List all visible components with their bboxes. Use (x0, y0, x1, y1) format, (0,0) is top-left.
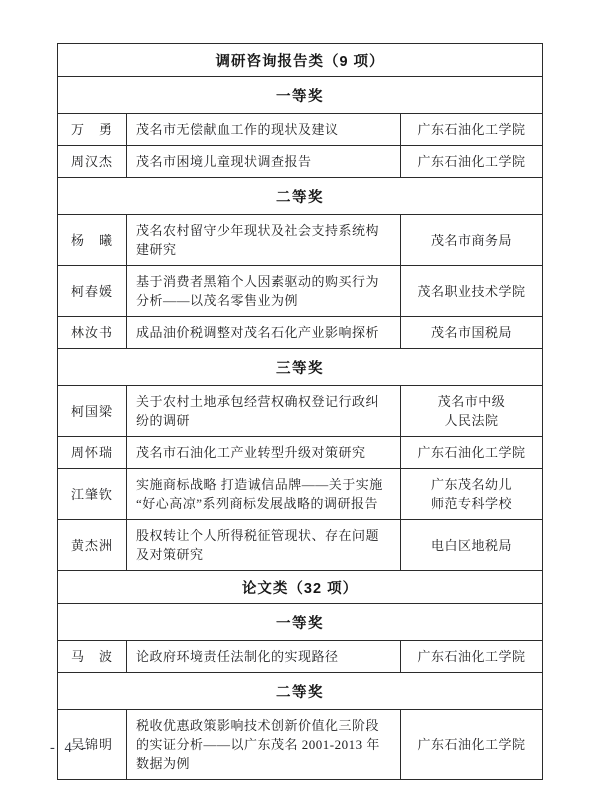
title-cell: 实施商标战略 打造诚信品牌——关于实施 “好心高凉”系列商标发展战略的调研报告 (127, 469, 401, 520)
org-cell: 广东石油化工学院 (401, 710, 543, 780)
table-row: 柯国梁关于农村土地承包经营权确权登记行政纠 纷的调研茂名市中级 人民法院 (58, 386, 543, 437)
name-cell: 黄杰洲 (58, 520, 127, 571)
award-table-body: 调研咨询报告类（9 项）一等奖万 勇茂名市无偿献血工作的现状及建议广东石油化工学… (58, 44, 543, 780)
name-cell: 周汉杰 (58, 146, 127, 178)
table-row: 马 波论政府环境责任法制化的实现路径广东石油化工学院 (58, 641, 543, 673)
org-cell: 电白区地税局 (401, 520, 543, 571)
prize-row: 二等奖 (58, 673, 543, 710)
name-cell: 马 波 (58, 641, 127, 673)
table-row: 黄杰洲股权转让个人所得税征管现状、存在问题 及对策研究电白区地税局 (58, 520, 543, 571)
prize-header: 一等奖 (58, 604, 543, 641)
org-cell: 广东茂名幼儿 师范专科学校 (401, 469, 543, 520)
prize-row: 三等奖 (58, 349, 543, 386)
org-cell: 茂名市中级 人民法院 (401, 386, 543, 437)
prize-header: 二等奖 (58, 178, 543, 215)
page-number: - 4 - (50, 740, 89, 757)
table-row: 周汉杰茂名市困境儿童现状调查报告广东石油化工学院 (58, 146, 543, 178)
category-header: 调研咨询报告类（9 项） (58, 44, 543, 77)
title-cell: 论政府环境责任法制化的实现路径 (127, 641, 401, 673)
name-cell: 周怀瑞 (58, 437, 127, 469)
title-cell: 基于消费者黑箱个人因素驱动的购买行为 分析——以茂名零售业为例 (127, 266, 401, 317)
name-cell: 江肇钦 (58, 469, 127, 520)
name-cell: 杨 曦 (58, 215, 127, 266)
category-header: 论文类（32 项） (58, 571, 543, 604)
table-row: 柯春媛基于消费者黑箱个人因素驱动的购买行为 分析——以茂名零售业为例茂名职业技术… (58, 266, 543, 317)
title-cell: 税收优惠政策影响技术创新价值化三阶段 的实证分析——以广东茂名 2001-201… (127, 710, 401, 780)
org-cell: 广东石油化工学院 (401, 641, 543, 673)
prize-header: 三等奖 (58, 349, 543, 386)
table-row: 吴锦明税收优惠政策影响技术创新价值化三阶段 的实证分析——以广东茂名 2001-… (58, 710, 543, 780)
table-row: 林汝书成品油价税调整对茂名石化产业影响探析茂名市国税局 (58, 317, 543, 349)
prize-row: 一等奖 (58, 77, 543, 114)
prize-row: 一等奖 (58, 604, 543, 641)
table-row: 江肇钦实施商标战略 打造诚信品牌——关于实施 “好心高凉”系列商标发展战略的调研… (58, 469, 543, 520)
table-row: 万 勇茂名市无偿献血工作的现状及建议广东石油化工学院 (58, 114, 543, 146)
title-cell: 成品油价税调整对茂名石化产业影响探析 (127, 317, 401, 349)
org-cell: 茂名市商务局 (401, 215, 543, 266)
prize-header: 一等奖 (58, 77, 543, 114)
table-row: 周怀瑞茂名市石油化工产业转型升级对策研究广东石油化工学院 (58, 437, 543, 469)
title-cell: 茂名市石油化工产业转型升级对策研究 (127, 437, 401, 469)
document-page: 调研咨询报告类（9 项）一等奖万 勇茂名市无偿献血工作的现状及建议广东石油化工学… (0, 0, 592, 800)
title-cell: 茂名市困境儿童现状调查报告 (127, 146, 401, 178)
section-row: 论文类（32 项） (58, 571, 543, 604)
org-cell: 茂名职业技术学院 (401, 266, 543, 317)
org-cell: 茂名市国税局 (401, 317, 543, 349)
title-cell: 关于农村土地承包经营权确权登记行政纠 纷的调研 (127, 386, 401, 437)
org-cell: 广东石油化工学院 (401, 146, 543, 178)
table-row: 杨 曦茂名农村留守少年现状及社会支持系统构 建研究茂名市商务局 (58, 215, 543, 266)
prize-header: 二等奖 (58, 673, 543, 710)
name-cell: 林汝书 (58, 317, 127, 349)
title-cell: 茂名农村留守少年现状及社会支持系统构 建研究 (127, 215, 401, 266)
name-cell: 柯国梁 (58, 386, 127, 437)
title-cell: 茂名市无偿献血工作的现状及建议 (127, 114, 401, 146)
title-cell: 股权转让个人所得税征管现状、存在问题 及对策研究 (127, 520, 401, 571)
name-cell: 万 勇 (58, 114, 127, 146)
prize-row: 二等奖 (58, 178, 543, 215)
section-row: 调研咨询报告类（9 项） (58, 44, 543, 77)
award-table: 调研咨询报告类（9 项）一等奖万 勇茂名市无偿献血工作的现状及建议广东石油化工学… (57, 43, 543, 780)
name-cell: 柯春媛 (58, 266, 127, 317)
org-cell: 广东石油化工学院 (401, 114, 543, 146)
org-cell: 广东石油化工学院 (401, 437, 543, 469)
